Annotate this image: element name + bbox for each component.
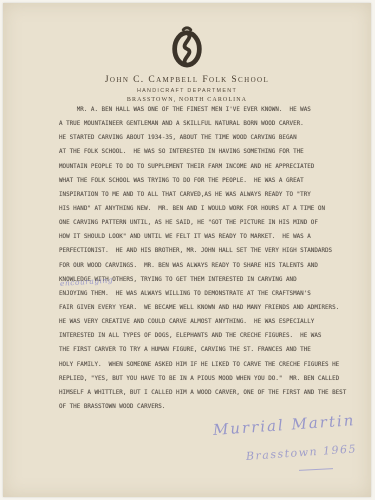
- department-line: HANDICRAFT DEPARTMENT: [3, 88, 371, 94]
- typed-letter-body: MR. A. BEN HALL WAS ONE OF THE FINEST ME…: [59, 103, 359, 414]
- typed-line: INTERESTED IN ALL TYPES OF DOGS, ELEPHAN…: [59, 329, 359, 343]
- typed-line: MR. A. BEN HALL WAS ONE OF THE FINEST ME…: [59, 103, 359, 117]
- typed-line: HOW IT SHOULD LOOK" AND UNTIL WE FELT IT…: [59, 230, 359, 244]
- typed-line: INSPIRATION TO ME AND TO ALL THAT CARVED…: [59, 188, 359, 202]
- handwritten-place-date: Brasstown 1965: [246, 442, 358, 463]
- typed-line: MOUNTAIN PEOPLE TO DO TO SUPPLEMENT THEI…: [59, 160, 359, 174]
- typed-line: HOLY FAMILY. WHEN SOMEONE ASKED HIM IF H…: [59, 358, 359, 372]
- typed-line: HE STARTED CARVING ABOUT 1934-35, ABOUT …: [59, 131, 359, 145]
- typed-line: FOR OUR WOOD CARVINGS. MR. BEN WAS ALWAY…: [59, 259, 359, 273]
- handwritten-signature: Murrial Martin: [212, 411, 356, 439]
- typed-line: HIS HAND" AT ANYTHING NEW. MR. BEN AND I…: [59, 202, 359, 216]
- typed-line: OF THE BRASSTOWN WOOD CARVERS.: [59, 400, 359, 414]
- typed-line: WHAT THE FOLK SCHOOL WAS TRYING TO DO FO…: [59, 174, 359, 188]
- typed-line: FAIR GIVEN EVERY YEAR. WE BECAME WELL KN…: [59, 301, 359, 315]
- signature-underline: [299, 468, 333, 471]
- typed-line: HIMSELF A WHITTLER, BUT I CALLED HIM A W…: [59, 386, 359, 400]
- typed-line: THE FIRST CARVER TO TRY A HUMAN FIGURE, …: [59, 343, 359, 357]
- letter-page: John C. Campbell Folk School HANDICRAFT …: [3, 3, 371, 497]
- typed-line: AT THE FOLK SCHOOL. HE WAS SO INTERESTED…: [59, 145, 359, 159]
- typed-line: PERFECTIONIST. HE AND HIS BROTHER, MR. J…: [59, 244, 359, 258]
- typed-line: ONE CARVING PATTERN UNTIL, AS HE SAID, H…: [59, 216, 359, 230]
- school-name: John C. Campbell Folk School: [3, 75, 371, 85]
- typed-line: HE WAS VERY CREATIVE AND COULD CARVE ALM…: [59, 315, 359, 329]
- folk-school-monogram-icon: [3, 25, 371, 71]
- typed-line: REPLIED, "YES, BUT YOU HAVE TO BE IN A P…: [59, 372, 359, 386]
- letterhead: John C. Campbell Folk School HANDICRAFT …: [3, 25, 371, 103]
- typed-line: A TRUE MOUNTAINEER GENTLEMAN AND A SKILL…: [59, 117, 359, 131]
- typed-line: ENJOYING THEM. HE WAS ALWAYS WILLING TO …: [59, 287, 359, 301]
- location-line: BRASSTOWN, NORTH CAROLINA: [3, 97, 371, 103]
